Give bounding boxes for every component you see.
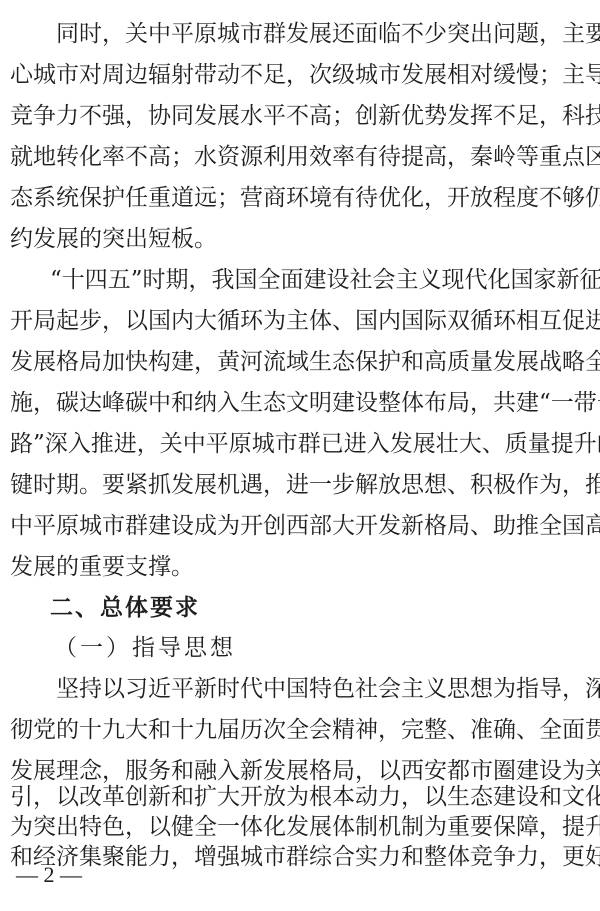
subsection-heading: （一）指导思想 [54,628,236,669]
paragraph-1-line-5: 态系统保护任重道远；营商环境有待优化，开放程度不够仍是制 [10,178,592,219]
paragraph-2-line-3: 发展格局加快构建，黄河流域生态保护和高质量发展战略全面实 [10,342,592,383]
paragraph-2-line-7: 中平原城市群建设成为开创西部大开发新格局、助推全国高质量 [10,506,592,547]
paragraph-1-line-3: 竞争力不强，协同发展水平不高；创新优势发挥不足，科技成果 [10,96,592,137]
paragraph-1-line-2: 心城市对周边辐射带动不足，次级城市发展相对缓慢；主导产业 [10,55,592,96]
page-number: — 2 — [16,860,82,890]
paragraph-3-line-2: 彻党的十九大和十九届历次全会精神，完整、准确、全面贯彻新 [10,710,592,751]
paragraph-2-line-4: 施，碳达峰碳中和纳入生态文明建设整体布局，共建“一带一 [10,383,592,424]
paragraph-2-line-6: 键时期。要紧抓发展机遇，进一步解放思想、积极作为，推动关 [10,465,592,506]
paragraph-3-line-6: 和经济集聚能力，增强城市群综合实力和整体竞争力，更好发挥 [10,837,592,878]
paragraph-2-line-2: 开局起步，以国内大循环为主体、国内国际双循环相互促进的新 [10,301,592,342]
paragraph-2-line-8: 发展的重要支撑。 [10,547,592,588]
section-heading: 二、总体要求 [50,588,200,629]
paragraph-1-line-4: 就地转化率不高；水资源利用效率有待提高，秦岭等重点区域生 [10,137,592,178]
paragraph-2-line-5: 路”深入推进，关中平原城市群已进入发展壮大、质量提升的关 [10,424,592,465]
paragraph-2-line-1: “十四五”时期，我国全面建设社会主义现代化国家新征程 [50,260,592,301]
paragraph-1-line-6: 约发展的突出短板。 [10,219,592,260]
paragraph-1-line-1: 同时，关中平原城市群发展还面临不少突出问题，主要是中 [56,14,592,55]
paragraph-3-line-1: 坚持以习近平新时代中国特色社会主义思想为指导，深入贯 [56,669,592,710]
document-page: 同时，关中平原城市群发展还面临不少突出问题，主要是中 心城市对周边辐射带动不足，… [0,0,600,911]
